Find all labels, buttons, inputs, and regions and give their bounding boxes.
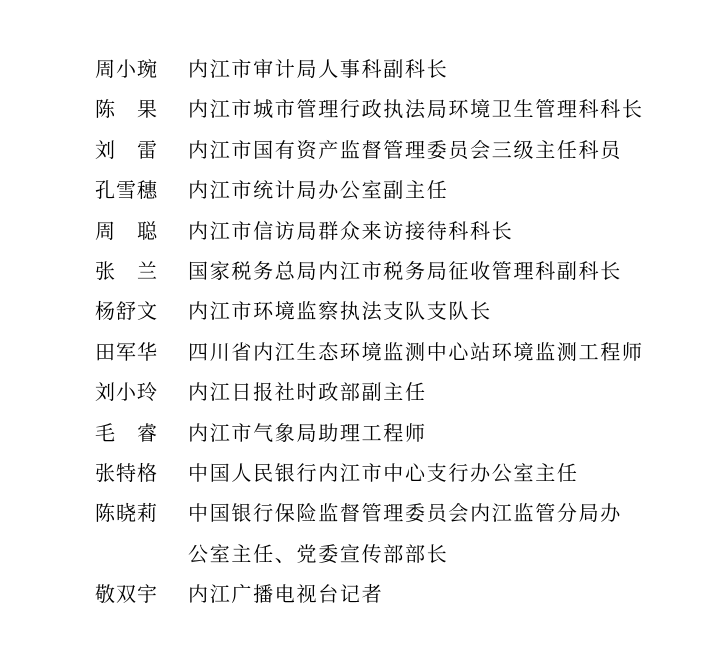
roster-row: 张特格 中国人民银行内江市中心支行办公室主任 <box>95 454 670 494</box>
person-name: 陈晓莉 <box>95 494 157 534</box>
person-name: 张兰 <box>95 252 157 292</box>
roster-row: 周聪 内江市信访局群众来访接待科科长 <box>95 212 670 252</box>
roster-row: 刘雷 内江市国有资产监督管理委员会三级主任科员 <box>95 131 670 171</box>
person-name: 刘雷 <box>95 131 157 171</box>
person-title: 内江市审计局人事科副科长 <box>188 50 670 90</box>
roster-row: 敬双宇 内江广播电视台记者 <box>95 575 670 615</box>
person-title: 内江市城市管理行政执法局环境卫生管理科科长 <box>188 90 670 130</box>
roster-row: 陈果 内江市城市管理行政执法局环境卫生管理科科长 <box>95 90 670 130</box>
person-title: 内江市信访局群众来访接待科科长 <box>188 212 670 252</box>
person-title: 四川省内江生态环境监测中心站环境监测工程师 <box>188 333 670 373</box>
person-title: 内江市环境监察执法支队支队长 <box>188 292 670 332</box>
person-name: 张特格 <box>95 454 157 494</box>
person-name: 周小琬 <box>95 50 157 90</box>
person-title: 内江市气象局助理工程师 <box>188 414 670 454</box>
person-title: 中国银行保险监督管理委员会内江监管分局办 公室主任、党委宣传部部长 <box>188 494 670 575</box>
person-name: 敬双宇 <box>95 575 157 615</box>
roster-row: 孔雪穗 内江市统计局办公室副主任 <box>95 171 670 211</box>
roster-row: 周小琬 内江市审计局人事科副科长 <box>95 50 670 90</box>
roster-row: 杨舒文 内江市环境监察执法支队支队长 <box>95 292 670 332</box>
roster-row: 田军华 四川省内江生态环境监测中心站环境监测工程师 <box>95 333 670 373</box>
person-title: 内江市统计局办公室副主任 <box>188 171 670 211</box>
person-name: 陈果 <box>95 90 157 130</box>
roster-row: 毛睿 内江市气象局助理工程师 <box>95 414 670 454</box>
person-title: 国家税务总局内江市税务局征收管理科副科长 <box>188 252 670 292</box>
person-name: 周聪 <box>95 212 157 252</box>
person-name: 孔雪穗 <box>95 171 157 211</box>
roster-row: 刘小玲 内江日报社时政部副主任 <box>95 373 670 413</box>
person-title: 内江市国有资产监督管理委员会三级主任科员 <box>188 131 670 171</box>
person-name: 刘小玲 <box>95 373 157 413</box>
person-title: 内江日报社时政部副主任 <box>188 373 670 413</box>
person-title: 中国人民银行内江市中心支行办公室主任 <box>188 454 670 494</box>
roster-row: 陈晓莉 中国银行保险监督管理委员会内江监管分局办 公室主任、党委宣传部部长 <box>95 494 670 575</box>
appointment-roster-list: 周小琬 内江市审计局人事科副科长 陈果 内江市城市管理行政执法局环境卫生管理科科… <box>95 50 670 616</box>
person-title: 内江广播电视台记者 <box>188 575 670 615</box>
roster-row: 张兰 国家税务总局内江市税务局征收管理科副科长 <box>95 252 670 292</box>
document-page: 周小琬 内江市审计局人事科副科长 陈果 内江市城市管理行政执法局环境卫生管理科科… <box>0 0 710 648</box>
person-name: 田军华 <box>95 333 157 373</box>
person-name: 毛睿 <box>95 414 157 454</box>
person-name: 杨舒文 <box>95 292 157 332</box>
